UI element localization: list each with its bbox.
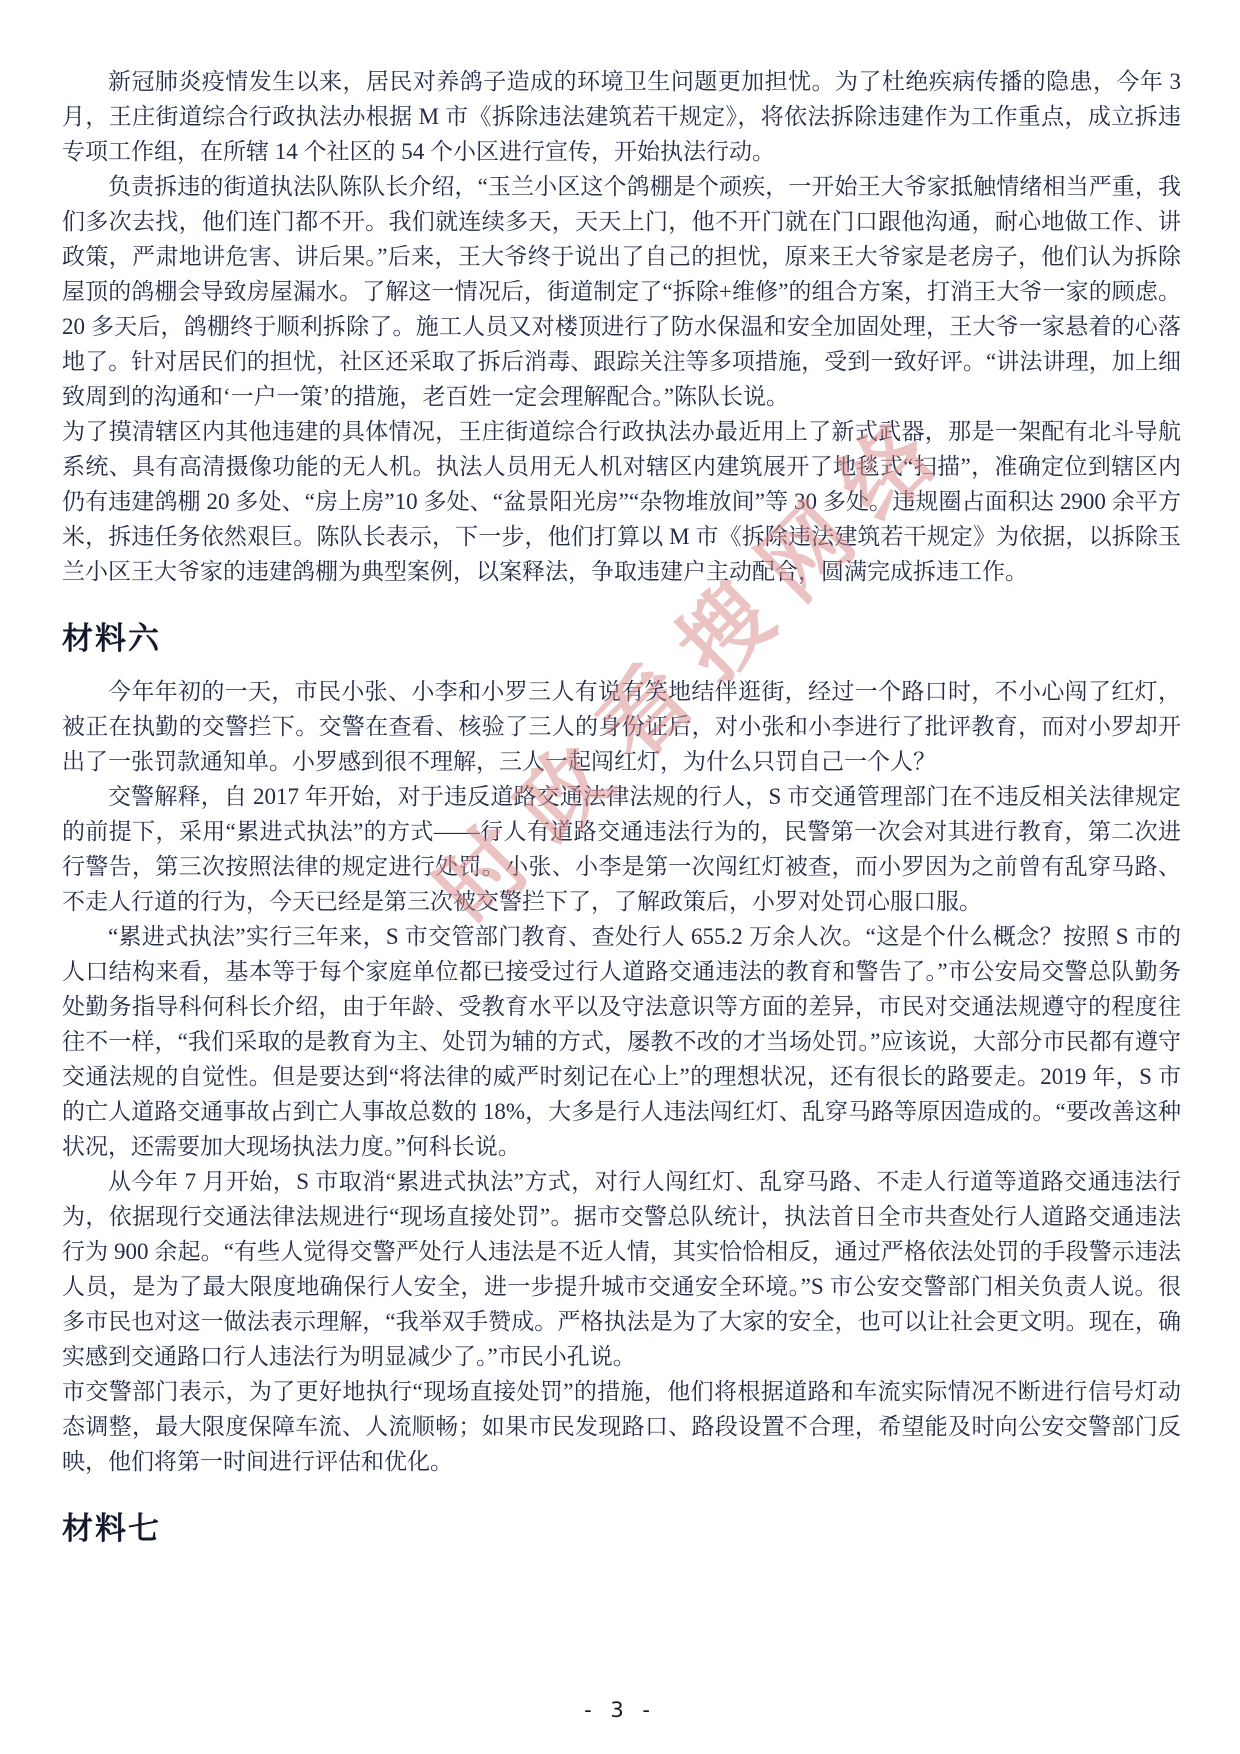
document-page: { "watermark": { "text": "时政看搜网络", "colo… bbox=[0, 0, 1240, 1754]
page-body: 新冠肺炎疫情发生以来，居民对养鸽子造成的环境卫生问题更加担忧。为了杜绝疾病传播的… bbox=[62, 64, 1181, 1564]
page-number: - 3 - bbox=[0, 1698, 1240, 1722]
paragraph-pigeon-shed-intro: 新冠肺炎疫情发生以来，居民对养鸽子造成的环境卫生问题更加担忧。为了杜绝疾病传播的… bbox=[62, 64, 1181, 169]
paragraph-progressive-enforcement-explained: 交警解释，自 2017 年开始，对于违反道路交通法律法规的行人，S 市交通管理部… bbox=[62, 779, 1181, 919]
heading-material-6: 材料六 bbox=[62, 613, 1181, 658]
paragraph-drone-survey: 为了摸清辖区内其他违建的具体情况，王庄街道综合行政执法办最近用上了新式武器，那是… bbox=[62, 414, 1181, 589]
heading-material-7: 材料七 bbox=[62, 1503, 1181, 1548]
paragraph-enforcement-statistics: “累进式执法”实行三年来，S 市交管部门教育、查处行人 655.2 万余人次。“… bbox=[62, 919, 1181, 1164]
paragraph-captain-chen-story: 负责拆违的街道执法队陈队长介绍，“玉兰小区这个鸽棚是个顽疾，一开始王大爷家抵触情… bbox=[62, 169, 1181, 414]
paragraph-onsite-direct-penalty: 从今年 7 月开始，S 市取消“累进式执法”方式，对行人闯红灯、乱穿马路、不走人… bbox=[62, 1164, 1181, 1374]
paragraph-traffic-police-statement: 市交警部门表示，为了更好地执行“现场直接处罚”的措施，他们将根据道路和车流实际情… bbox=[62, 1374, 1181, 1479]
paragraph-red-light-incident: 今年年初的一天，市民小张、小李和小罗三人有说有笑地结伴逛街，经过一个路口时，不小… bbox=[62, 674, 1181, 779]
